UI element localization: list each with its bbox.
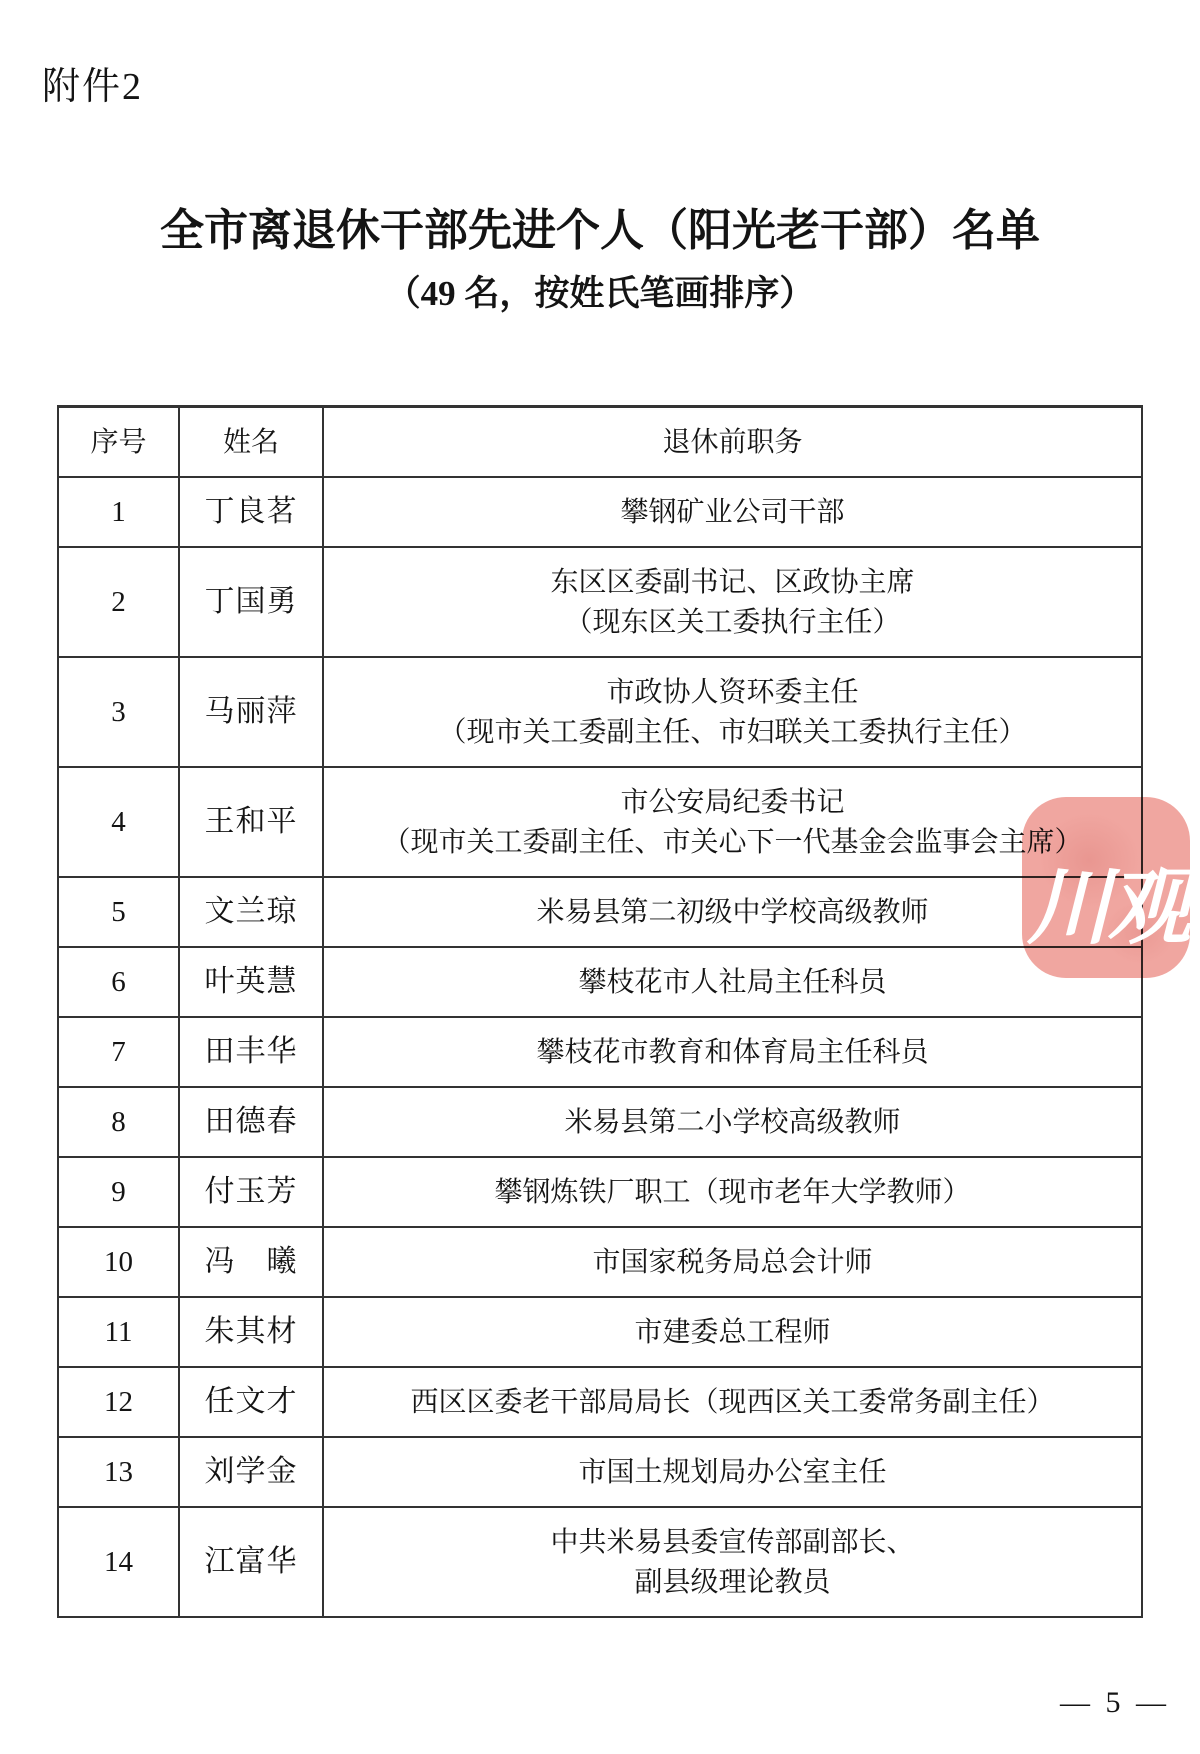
table-row: 11 朱其材 市建委总工程师 <box>58 1297 1142 1367</box>
position-cell: 攀钢炼铁厂职工（现市老年大学教师） <box>323 1157 1142 1227</box>
row-number-cell: 8 <box>58 1087 179 1157</box>
table-header-row: 序号 姓名 退休前职务 <box>58 407 1142 478</box>
name-cell: 丁国勇 <box>179 547 323 657</box>
row-number-cell: 10 <box>58 1227 179 1297</box>
chuanguan-watermark-text: 川观 <box>1024 840 1190 961</box>
table-row: 8 田德春 米易县第二小学校高级教师 <box>58 1087 1142 1157</box>
table-row: 6 叶英慧 攀枝花市人社局主任科员 <box>58 947 1142 1017</box>
name-cell: 王和平 <box>179 767 323 877</box>
row-number-cell: 14 <box>58 1507 179 1617</box>
position-cell: 米易县第二小学校高级教师 <box>323 1087 1142 1157</box>
position-cell: 攀枝花市教育和体育局主任科员 <box>323 1017 1142 1087</box>
row-number-cell: 7 <box>58 1017 179 1087</box>
roster-table: 序号 姓名 退休前职务 1 丁良茗 攀钢矿业公司干部 2 丁国勇 东区区委副书记… <box>57 405 1143 1618</box>
name-cell: 田德春 <box>179 1087 323 1157</box>
position-cell: 市政协人资环委主任 （现市关工委副主任、市妇联关工委执行主任） <box>323 657 1142 767</box>
row-number-cell: 4 <box>58 767 179 877</box>
position-cell: 米易县第二初级中学校高级教师 <box>323 877 1142 947</box>
position-cell: 市国土规划局办公室主任 <box>323 1437 1142 1507</box>
attachment-label: 附件2 <box>42 55 143 110</box>
row-number-cell: 12 <box>58 1367 179 1437</box>
position-cell: 市建委总工程师 <box>323 1297 1142 1367</box>
position-cell: 西区区委老干部局局长（现西区关工委常务副主任） <box>323 1367 1142 1437</box>
name-cell: 朱其材 <box>179 1297 323 1367</box>
table-row: 5 文兰琼 米易县第二初级中学校高级教师 <box>58 877 1142 947</box>
row-number-cell: 6 <box>58 947 179 1017</box>
table-row: 13 刘学金 市国土规划局办公室主任 <box>58 1437 1142 1507</box>
table-row: 2 丁国勇 东区区委副书记、区政协主席 （现东区关工委执行主任） <box>58 547 1142 657</box>
header-name: 姓名 <box>179 407 323 478</box>
position-cell: 市公安局纪委书记 （现市关工委副主任、市关心下一代基金会监事会主席） <box>323 767 1142 877</box>
position-cell: 市国家税务局总会计师 <box>323 1227 1142 1297</box>
name-cell: 马丽萍 <box>179 657 323 767</box>
document-page: 附件2 全市离退休干部先进个人（阳光老干部）名单 （49 名，按姓氏笔画排序） … <box>0 0 1200 1754</box>
name-cell: 刘学金 <box>179 1437 323 1507</box>
position-cell: 中共米易县委宣传部副部长、 副县级理论教员 <box>323 1507 1142 1617</box>
row-number-cell: 13 <box>58 1437 179 1507</box>
name-cell: 丁良茗 <box>179 477 323 547</box>
row-number-cell: 3 <box>58 657 179 767</box>
name-cell: 任文才 <box>179 1367 323 1437</box>
document-subtitle: （49 名，按姓氏笔画排序） <box>0 266 1200 316</box>
table-row: 9 付玉芳 攀钢炼铁厂职工（现市老年大学教师） <box>58 1157 1142 1227</box>
name-cell: 文兰琼 <box>179 877 323 947</box>
page-number: — 5 — <box>1060 1686 1170 1720</box>
table-row: 14 江富华 中共米易县委宣传部副部长、 副县级理论教员 <box>58 1507 1142 1617</box>
document-title: 全市离退休干部先进个人（阳光老干部）名单 <box>0 194 1200 258</box>
row-number-cell: 1 <box>58 477 179 547</box>
table-row: 10 冯 曦 市国家税务局总会计师 <box>58 1227 1142 1297</box>
position-cell: 攀枝花市人社局主任科员 <box>323 947 1142 1017</box>
position-cell: 攀钢矿业公司干部 <box>323 477 1142 547</box>
row-number-cell: 2 <box>58 547 179 657</box>
name-cell: 叶英慧 <box>179 947 323 1017</box>
table-row: 7 田丰华 攀枝花市教育和体育局主任科员 <box>58 1017 1142 1087</box>
table-row: 4 王和平 市公安局纪委书记 （现市关工委副主任、市关心下一代基金会监事会主席） <box>58 767 1142 877</box>
table-row: 3 马丽萍 市政协人资环委主任 （现市关工委副主任、市妇联关工委执行主任） <box>58 657 1142 767</box>
name-cell: 田丰华 <box>179 1017 323 1087</box>
row-number-cell: 5 <box>58 877 179 947</box>
table-row: 12 任文才 西区区委老干部局局长（现西区关工委常务副主任） <box>58 1367 1142 1437</box>
header-no: 序号 <box>58 407 179 478</box>
table-row: 1 丁良茗 攀钢矿业公司干部 <box>58 477 1142 547</box>
name-cell: 冯 曦 <box>179 1227 323 1297</box>
name-cell: 江富华 <box>179 1507 323 1617</box>
row-number-cell: 9 <box>58 1157 179 1227</box>
header-position: 退休前职务 <box>323 407 1142 478</box>
row-number-cell: 11 <box>58 1297 179 1367</box>
name-cell: 付玉芳 <box>179 1157 323 1227</box>
position-cell: 东区区委副书记、区政协主席 （现东区关工委执行主任） <box>323 547 1142 657</box>
